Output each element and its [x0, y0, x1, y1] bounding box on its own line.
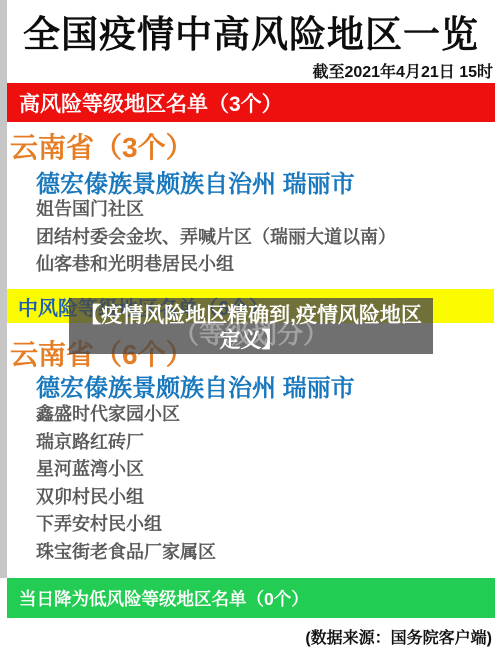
list-item: 星河蓝湾小区 — [36, 456, 216, 484]
low-risk-header-label: 当日降为低风险等级地区名单（0个） — [19, 586, 309, 611]
list-item: 双卯村民小组 — [36, 484, 216, 512]
high-risk-city: 德宏傣族景颇族自治州 瑞丽市 — [36, 164, 355, 199]
high-risk-area-list: 姐告国门社区 团结村委会金坎、弄喊片区（瑞丽大道以南） 仙客巷和光明巷居民小组 — [36, 196, 396, 279]
as-of-timestamp: 截至2021年4月21日 15时 — [312, 59, 493, 82]
list-item: 下弄安村民小组 — [36, 511, 216, 539]
high-risk-header-bar: 高风险等级地区名单（3个） — [7, 83, 495, 122]
page-background-strip — [0, 0, 7, 578]
medium-risk-city: 德宏傣族景颇族自治州 瑞丽市 — [36, 368, 355, 403]
list-item: 瑞京路红砖厂 — [36, 429, 216, 457]
caption-line-1: 【疫情风险地区精确到,疫情风险地区 — [69, 303, 433, 328]
infographic: 全国疫情中高风险地区一览 截至2021年4月21日 15时 高风险等级地区名单（… — [0, 0, 500, 651]
high-risk-province: 云南省（3个） — [10, 126, 194, 166]
list-item: 姐告国门社区 — [36, 196, 396, 224]
caption-overlay: （等级划分） 【疫情风险地区精确到,疫情风险地区 定义】 — [69, 298, 433, 354]
caption-line-2: 定义】 — [69, 328, 433, 353]
page-title: 全国疫情中高风险地区一览 — [7, 4, 495, 58]
low-risk-header-bar: 当日降为低风险等级地区名单（0个） — [7, 578, 495, 618]
list-item: 鑫盛时代家园小区 — [36, 401, 216, 429]
high-risk-header-label: 高风险等级地区名单（3个） — [19, 88, 283, 118]
data-source-note: (数据来源：国务院客户端) — [305, 625, 492, 648]
list-item: 团结村委会金坎、弄喊片区（瑞丽大道以南） — [36, 224, 396, 252]
list-item: 仙客巷和光明巷居民小组 — [36, 251, 396, 279]
medium-risk-area-list: 鑫盛时代家园小区 瑞京路红砖厂 星河蓝湾小区 双卯村民小组 下弄安村民小组 珠宝… — [36, 401, 216, 566]
list-item: 珠宝街老食品厂家属区 — [36, 539, 216, 567]
